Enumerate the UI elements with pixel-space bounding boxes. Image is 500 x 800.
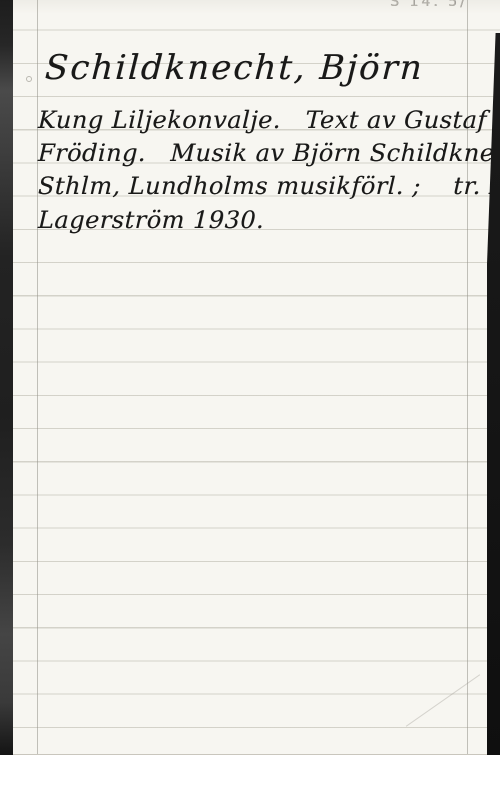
paper-bottom-edge bbox=[13, 754, 500, 755]
catalog-entry-line: Kung Liljekonvalje. Text av Gustaf bbox=[38, 106, 488, 134]
stray-dot-mark bbox=[26, 76, 32, 82]
catalog-entry-line: Lagerström 1930. bbox=[38, 206, 265, 234]
scanned-catalog-card-page: S 14. 5/ Schildknecht, Björn Kung Liljek… bbox=[0, 0, 500, 800]
author-heading: Schildknecht, Björn bbox=[44, 48, 425, 88]
scanner-edge-left bbox=[0, 0, 13, 755]
catalog-entry-line: Fröding. Musik av Björn Schildknecht. bbox=[38, 139, 500, 167]
pencil-shelfmark-note: S 14. 5/ bbox=[390, 0, 468, 10]
catalog-entry-line: Sthlm, Lundholms musikförl. ; tr. Br. bbox=[38, 172, 500, 200]
